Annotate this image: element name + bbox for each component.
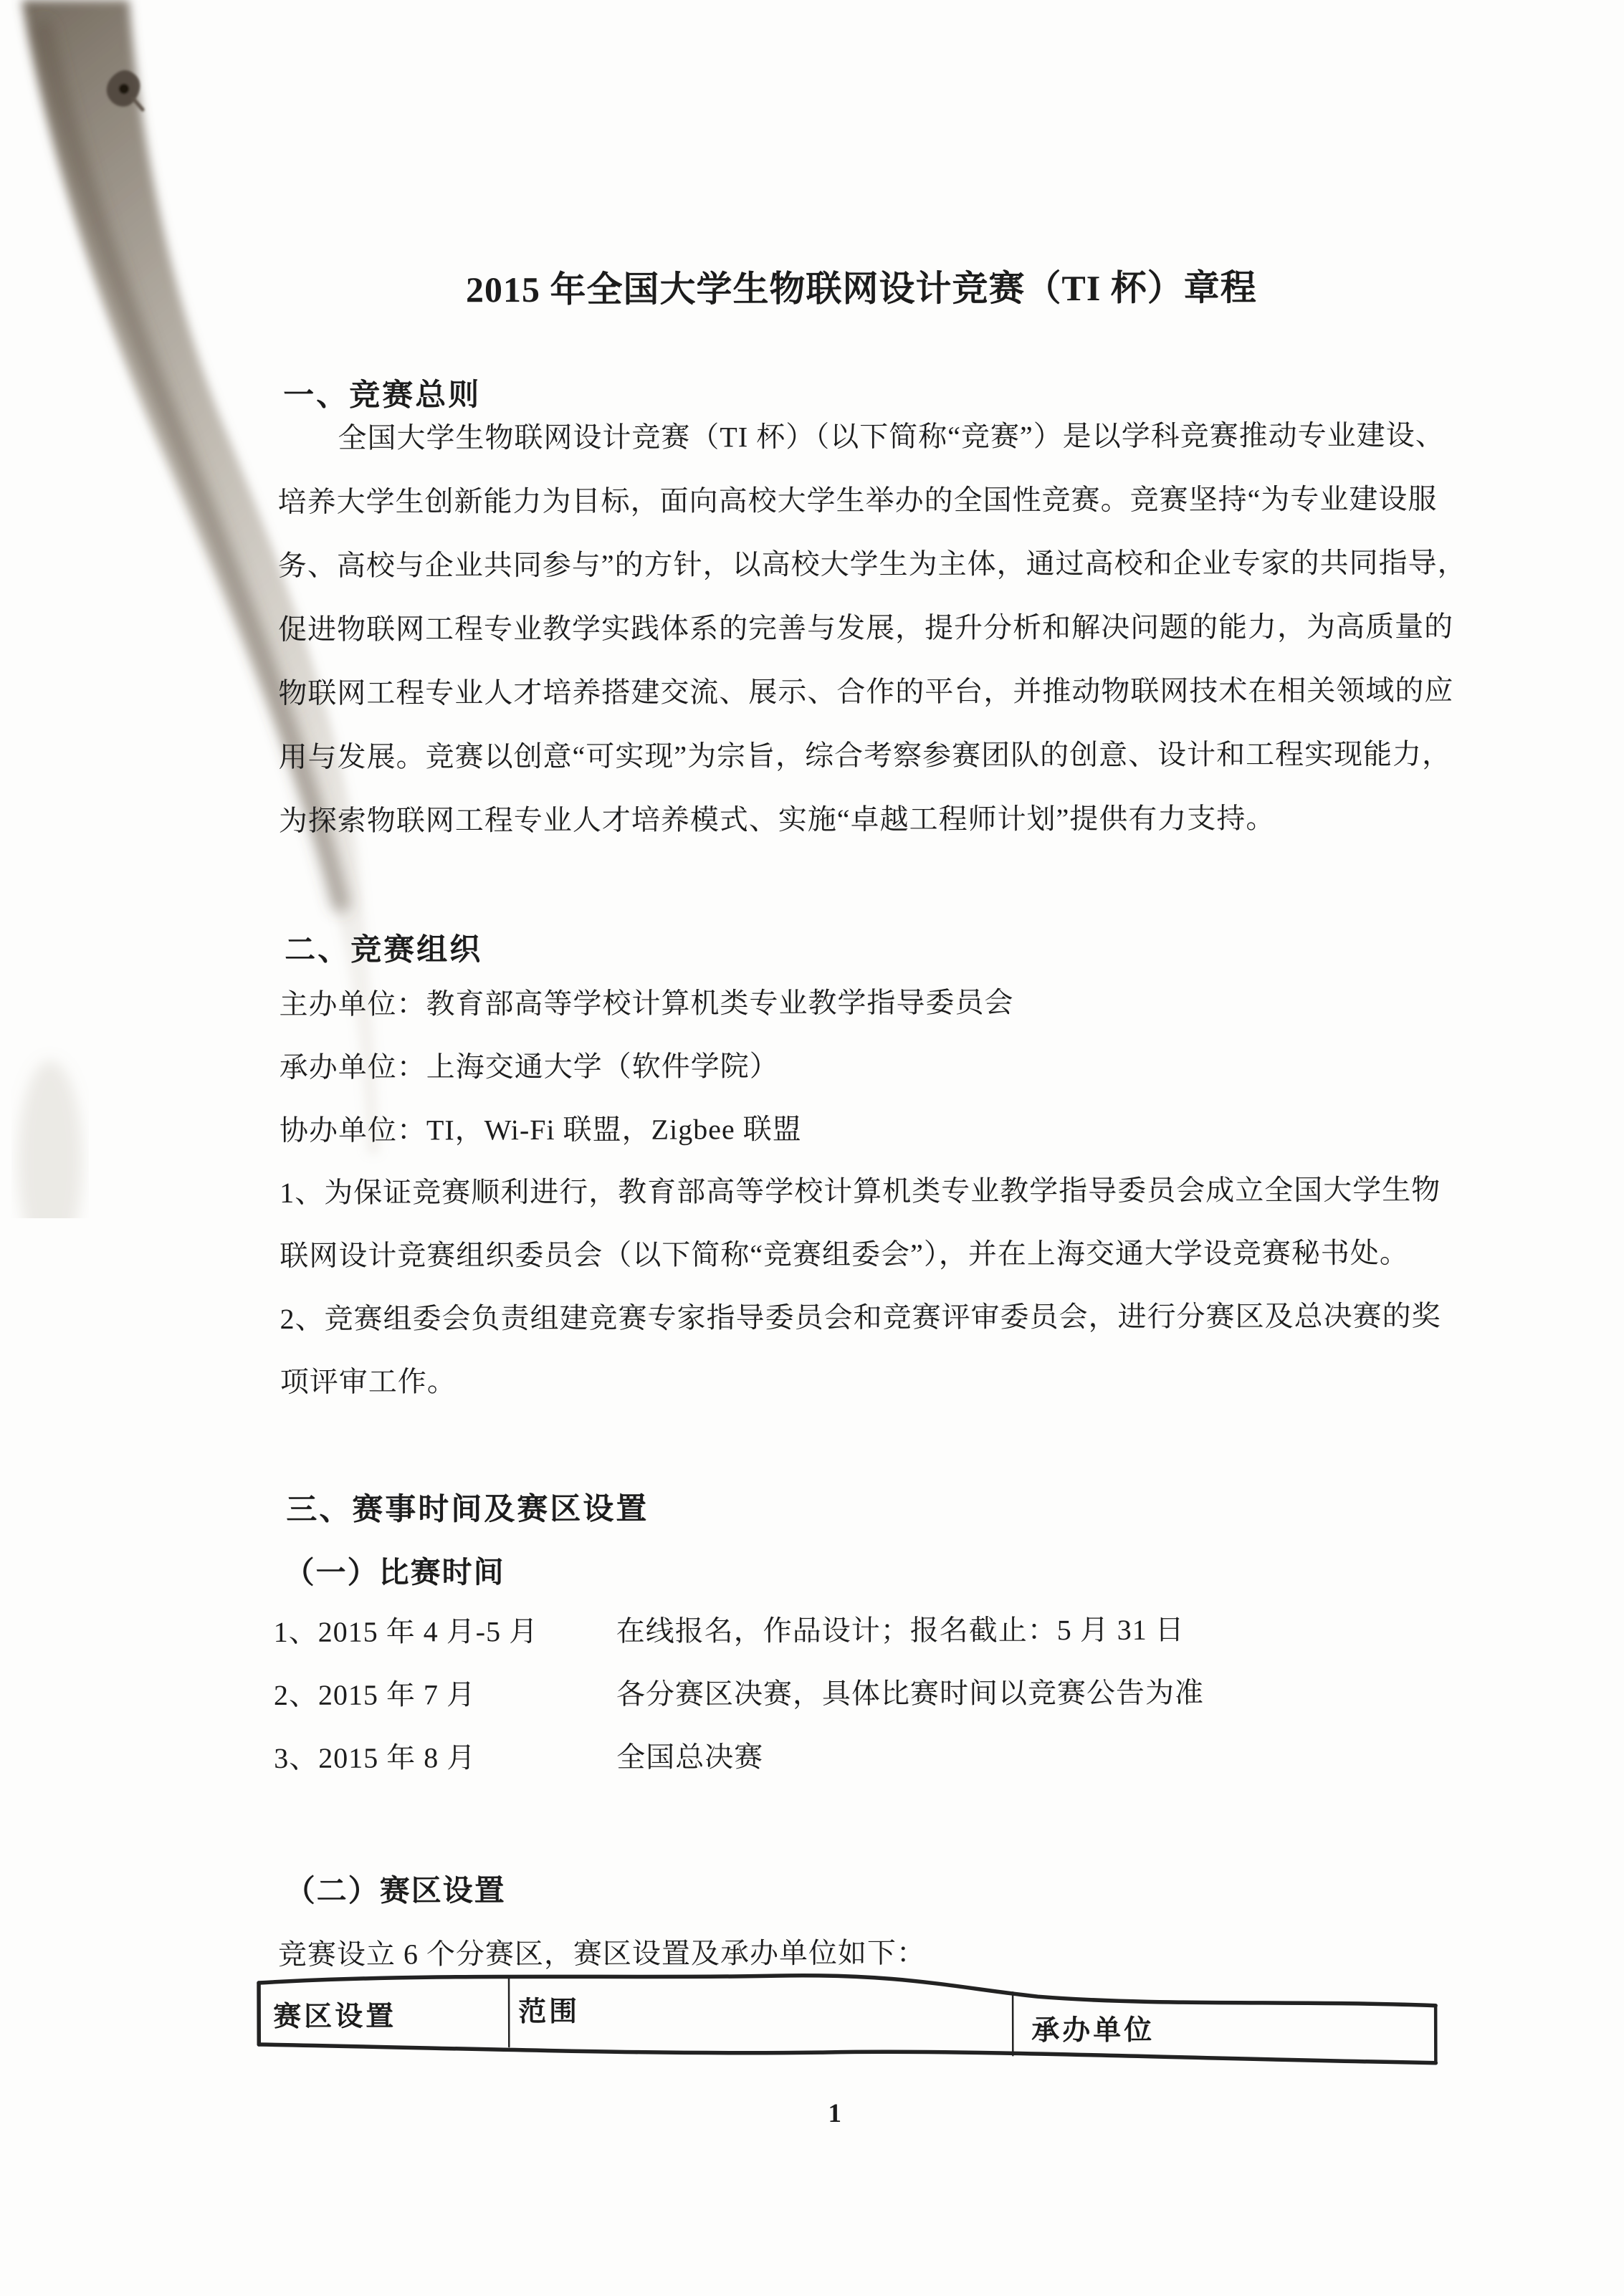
organizer-line-undertaker: 承办单位：上海交通大学（软件学院）: [280, 1033, 1398, 1099]
schedule-desc: 在线报名，作品设计；报名截止：5 月 31 日: [616, 1599, 1185, 1663]
paragraph-line: 为探索物联网工程专业人才培养模式、实施“卓越工程师计划”提供有力支持。: [279, 786, 1397, 853]
item-line: 联网设计竞赛组织委员会（以下简称“竞赛组委会”），并在上海交通大学设竞赛秘书处。: [280, 1222, 1398, 1288]
organizer-line-coorganizer: 协办单位：TI，Wi-Fi 联盟，Zigbee 联盟: [280, 1096, 1398, 1162]
paragraph-line: 全国大学生物联网设计竞赛（TI 杯）（以下简称“竞赛”）是以学科竞赛推动专业建设…: [277, 403, 1395, 470]
table-header-cell: 赛区设置: [273, 2001, 396, 2032]
schedule-date: 2、2015 年 7 月: [274, 1663, 616, 1727]
paragraph-line: 务、高校与企业共同参与”的方针，以高校大学生为主体，通过高校和企业专家的共同指导…: [278, 531, 1396, 598]
document-content: 2015 年全国大学生物联网设计竞赛（TI 杯）章程 一、竞赛总则 全国大学生物…: [0, 0, 1624, 2296]
item-line: 2、竞赛组委会负责组建竞赛专家指导委员会和竞赛评审委员会，进行分赛区及总决赛的奖: [280, 1285, 1398, 1351]
match-schedule: 1、2015 年 4 月-5 月 在线报名，作品设计；报名截止：5 月 31 日…: [274, 1598, 1421, 1790]
organizer-line-host: 主办单位：教育部高等学校计算机类专业教学指导委员会: [279, 970, 1397, 1036]
schedule-row: 2、2015 年 7 月 各分赛区决赛，具体比赛时间以竞赛公告为准: [274, 1661, 1420, 1727]
region-subheading: （二）赛区设置: [285, 1867, 506, 1910]
schedule-row: 1、2015 年 4 月-5 月 在线报名，作品设计；报名截止：5 月 31 日: [274, 1598, 1420, 1664]
schedule-date: 3、2015 年 8 月: [274, 1726, 616, 1790]
item-line: 项评审工作。: [280, 1348, 1398, 1414]
paragraph-line: 促进物联网工程专业教学实践体系的完善与发展，提升分析和解决问题的能力，为高质量的: [278, 595, 1396, 661]
page-number: 1: [828, 2098, 841, 2129]
schedule-date: 1、2015 年 4 月-5 月: [274, 1600, 616, 1664]
section1-paragraph: 全国大学生物联网设计竞赛（TI 杯）（以下简称“竞赛”）是以学科竞赛推动专业建设…: [277, 403, 1397, 853]
schedule-row: 3、2015 年 8 月 全国总决赛: [274, 1724, 1420, 1790]
table-border-bottom: [259, 2042, 1436, 2066]
schedule-desc: 全国总决赛: [616, 1726, 763, 1789]
match-time-subheading: （一）比赛时间: [284, 1549, 505, 1592]
table-header-cell: 范围: [518, 1996, 580, 2027]
table-header-cell: 承办单位: [1031, 2015, 1155, 2046]
paragraph-line: 用与发展。竞赛以创意“可实现”为宗旨，综合考察参赛团队的创意、设计和工程实现能力…: [278, 722, 1396, 789]
paragraph-line: 培养大学生创新能力为目标，面向高校大学生举办的全国性竞赛。竞赛坚持“为专业建设服: [278, 467, 1396, 534]
scanned-document-page: 2015 年全国大学生物联网设计竞赛（TI 杯）章程 一、竞赛总则 全国大学生物…: [0, 0, 1624, 2296]
table-border-top: [259, 1974, 1436, 2009]
region-table: 赛区设置 范围 承办单位: [253, 1966, 1450, 2083]
organizer-list: 主办单位：教育部高等学校计算机类专业教学指导委员会 承办单位：上海交通大学（软件…: [279, 970, 1398, 1162]
schedule-desc: 各分赛区决赛，具体比赛时间以竞赛公告为准: [616, 1662, 1204, 1726]
section2-heading: 二、竞赛组织: [285, 925, 482, 970]
item-line: 1、为保证竞赛顺利进行，教育部高等学校计算机类专业教学指导委员会成立全国大学生物: [280, 1159, 1398, 1225]
document-title: 2015 年全国大学生物联网设计竞赛（TI 杯）章程: [313, 259, 1410, 313]
paragraph-line: 物联网工程专业人才培养搭建交流、展示、合作的平台，并推动物联网技术在相关领域的应: [278, 659, 1396, 725]
organization-items: 1、为保证竞赛顺利进行，教育部高等学校计算机类专业教学指导委员会成立全国大学生物…: [280, 1159, 1398, 1414]
section3-heading: 三、赛事时间及赛区设置: [286, 1485, 649, 1529]
